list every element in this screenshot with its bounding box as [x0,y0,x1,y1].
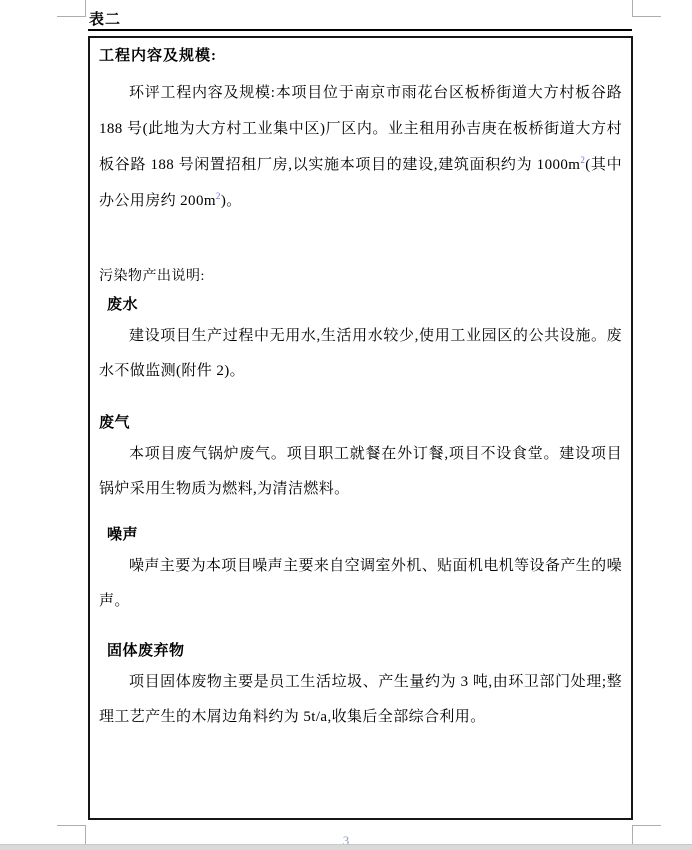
section-heading-solid-waste: 固体废弃物 [99,639,622,660]
section-wastewater: 废水 建设项目生产过程中无用水,生活用水较少,使用工业园区的公共设施。废水不做监… [99,293,622,389]
section-title: 工程内容及规模: [99,44,622,65]
crop-mark-top-right [632,0,661,17]
table-label: 表二 [89,8,121,29]
section-body-solid-waste: 项目固体废物主要是员工生活垃圾、产生量约为 3 吨,由环卫部门处理;整理工艺产生… [99,665,622,735]
section-heading-wastegas: 废气 [99,411,622,432]
pollutant-note: 污染物产出说明: [99,265,622,285]
section-wastegas: 废气 本项目废气锅炉废气。项目职工就餐在外订餐,项目不设食堂。建设项目锅炉采用生… [99,411,622,507]
intro-paragraph: 环评工程内容及规模:本项目位于南京市雨花台区板桥街道大方村板谷路 188 号(此… [99,75,622,219]
crop-mark-top-left [57,0,86,17]
section-solid-waste: 固体废弃物 项目固体废物主要是员工生活垃圾、产生量约为 3 吨,由环卫部门处理;… [99,639,622,735]
table-label-underline [88,29,632,31]
content-box: 工程内容及规模: 环评工程内容及规模:本项目位于南京市雨花台区板桥街道大方村板谷… [88,36,633,820]
page-bottom-edge [0,844,692,850]
intro-text-part3: )。 [221,193,242,209]
section-heading-wastewater: 废水 [99,293,622,314]
section-noise: 噪声 噪声主要为本项目噪声主要来自空调室外机、贴面机电机等设备产生的噪声。 [99,523,622,619]
section-body-noise: 噪声主要为本项目噪声主要来自空调室外机、贴面机电机等设备产生的噪声。 [99,549,622,619]
section-body-wastegas: 本项目废气锅炉废气。项目职工就餐在外订餐,项目不设食堂。建设项目锅炉采用生物质为… [99,437,622,507]
document-page: 表二 工程内容及规模: 环评工程内容及规模:本项目位于南京市雨花台区板桥街道大方… [0,0,692,850]
intro-text-part1: 环评工程内容及规模:本项目位于南京市雨花台区板桥街道大方村板谷路 188 号(此… [99,85,622,173]
section-body-wastewater: 建设项目生产过程中无用水,生活用水较少,使用工业园区的公共设施。废水不做监测(附… [99,319,622,389]
section-heading-noise: 噪声 [99,523,622,544]
